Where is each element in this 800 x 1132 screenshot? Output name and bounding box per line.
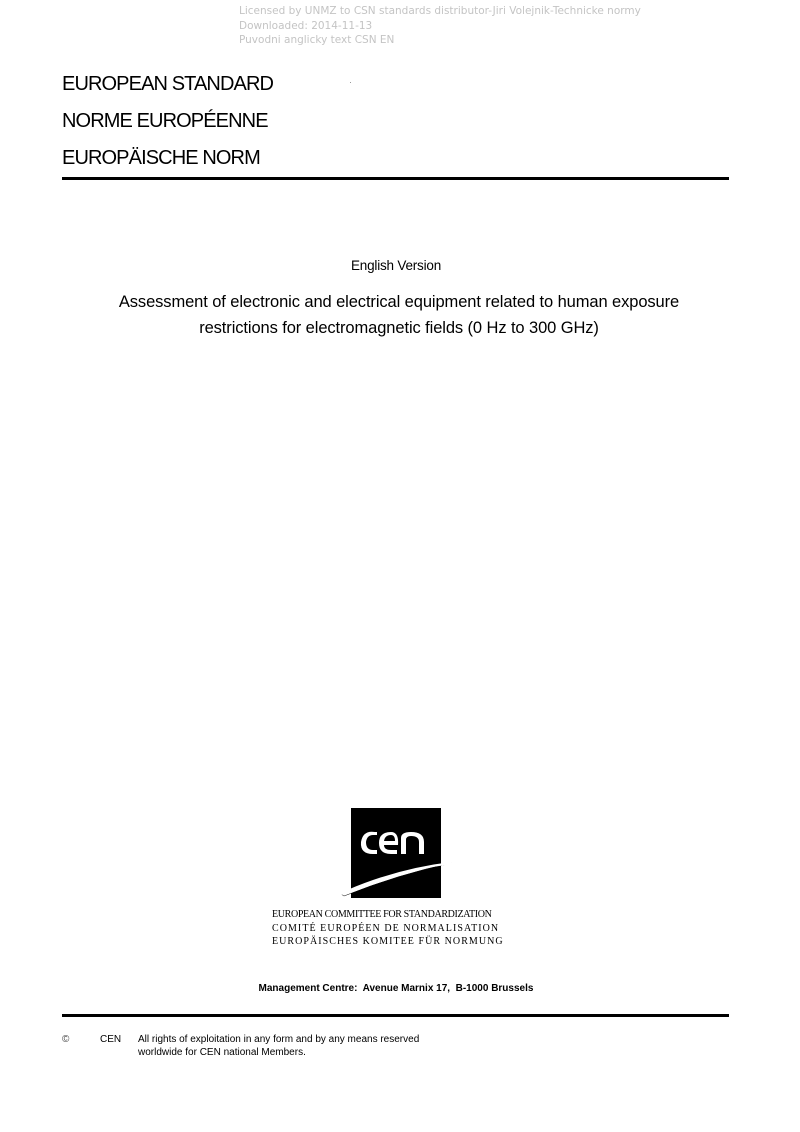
document-title: Assessment of electronic and electrical … [0, 289, 798, 341]
copyright-icon: © [62, 1034, 69, 1047]
watermark-line: Licensed by UNMZ to CSN standards distri… [239, 4, 641, 19]
watermark-line: Downloaded: 2014-11-13 [239, 19, 641, 34]
copyright-holder: CEN [100, 1034, 121, 1047]
watermark-line: Puvodni anglicky text CSN EN [239, 33, 641, 48]
footer-divider [62, 1014, 729, 1017]
header-divider [62, 177, 729, 180]
document-title-line: Assessment of electronic and electrical … [0, 289, 798, 315]
standard-title-fr: NORME EUROPÉENNE [62, 103, 273, 140]
management-address: Management Centre: Avenue Marnix 17, B-1… [0, 983, 792, 994]
committee-name-de: EUROPÄISCHES KOMITEE FÜR NORMUNG [272, 935, 504, 949]
rights-line: worldwide for CEN national Members. [138, 1047, 419, 1060]
committee-names: EUROPEAN COMMITTEE FOR STANDARDIZATION C… [272, 908, 504, 949]
standard-title-en: EUROPEAN STANDARD [62, 66, 273, 103]
document-title-line: restrictions for electromagnetic fields … [0, 315, 798, 341]
stray-dot [350, 82, 351, 83]
standard-titles: EUROPEAN STANDARD NORME EUROPÉENNE EUROP… [62, 66, 273, 177]
committee-name-en: EUROPEAN COMMITTEE FOR STANDARDIZATION [272, 908, 504, 922]
cen-logo [339, 808, 455, 900]
committee-name-fr: COMITÉ EUROPÉEN DE NORMALISATION [272, 922, 504, 936]
cen-logo-icon [339, 808, 455, 900]
rights-line: All rights of exploitation in any form a… [138, 1034, 419, 1047]
license-watermark: Licensed by UNMZ to CSN standards distri… [239, 4, 641, 48]
rights-statement: All rights of exploitation in any form a… [138, 1034, 419, 1059]
language-version: English Version [0, 258, 792, 273]
standard-title-de: EUROPÄISCHE NORM [62, 140, 273, 177]
